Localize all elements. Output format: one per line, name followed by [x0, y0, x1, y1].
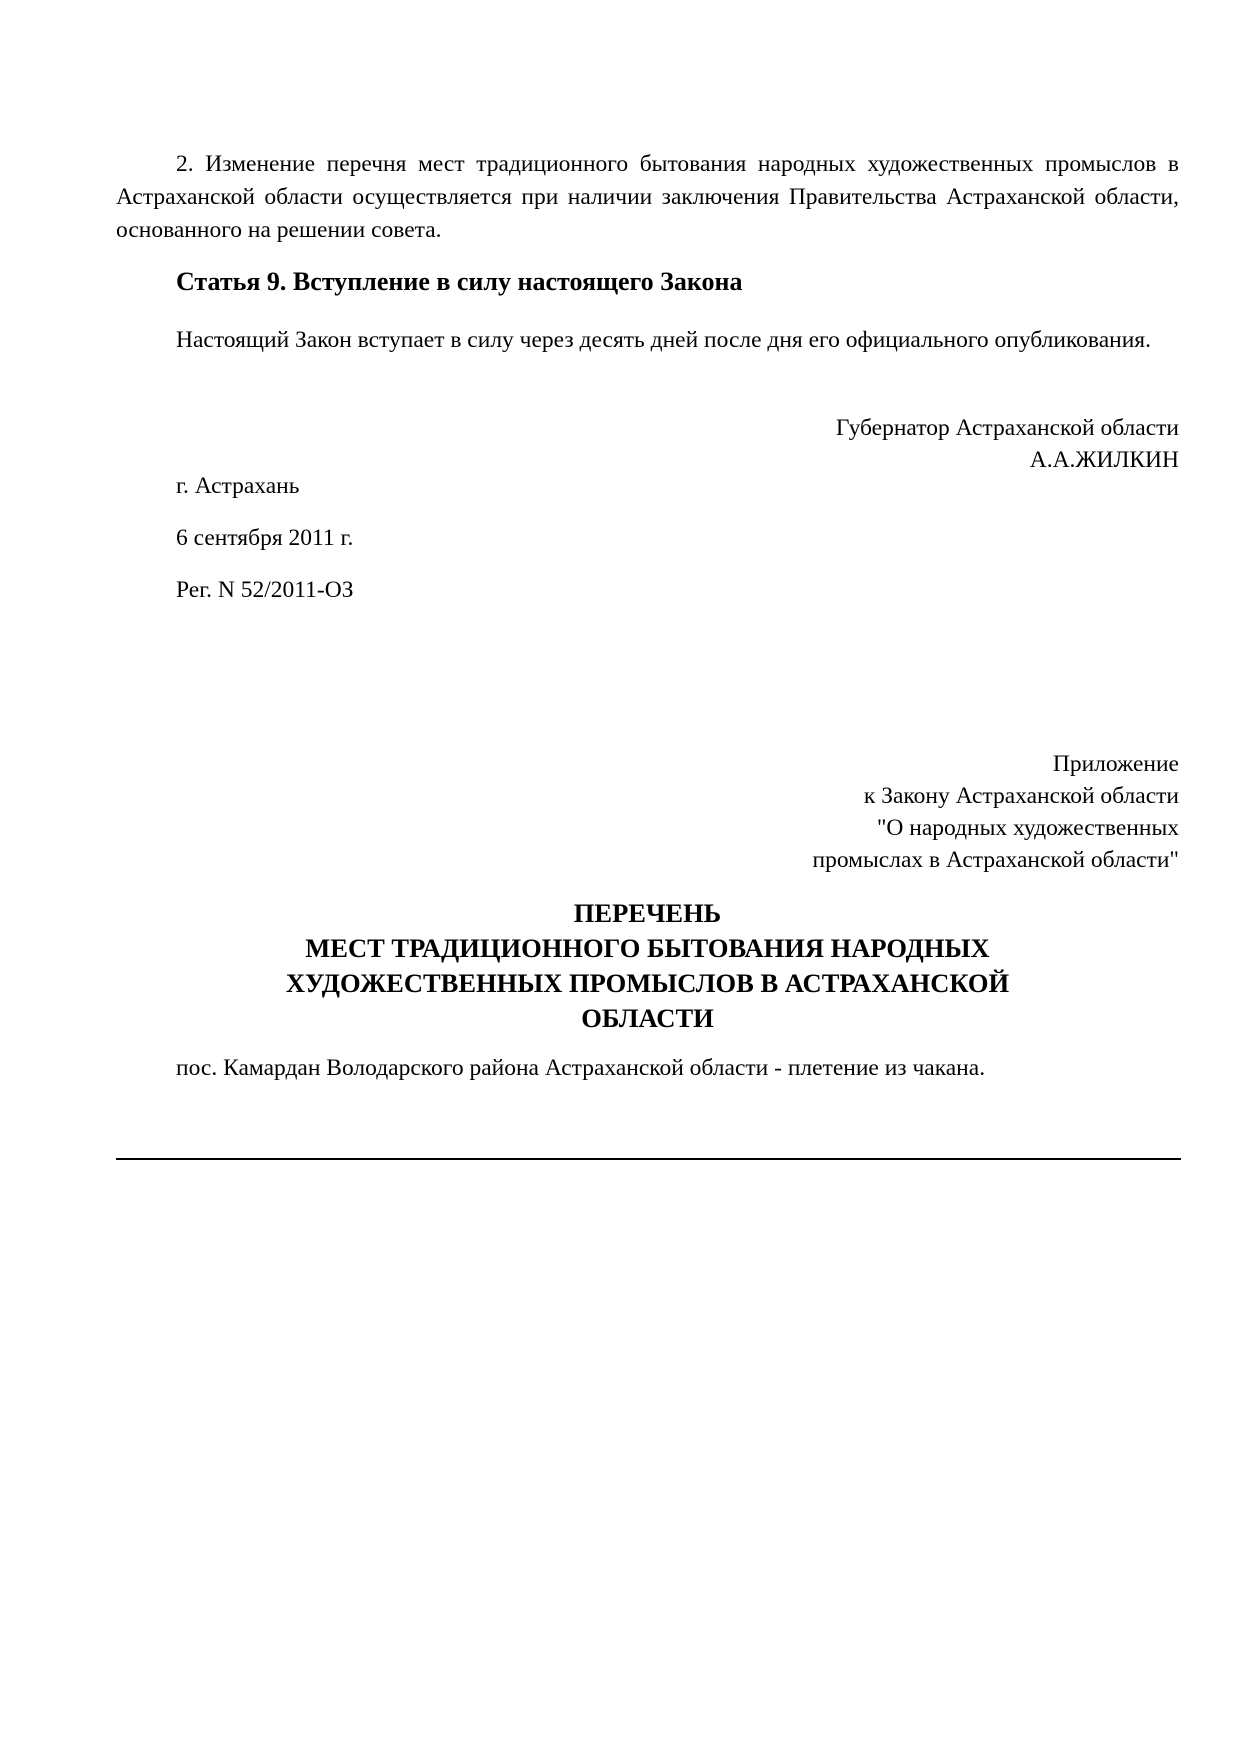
appendix-line: к Закону Астраханской области: [813, 780, 1179, 812]
document-page: 2. Изменение перечня мест традиционного …: [0, 0, 1240, 1754]
appendix-line: промыслах в Астраханской области": [813, 844, 1179, 876]
list-item: пос. Камардан Володарского района Астрах…: [176, 1052, 985, 1084]
appendix-line: Приложение: [813, 748, 1179, 780]
signature-position: Губернатор Астраханской области: [836, 412, 1179, 444]
article-9-heading: Статья 9. Вступление в силу настоящего З…: [176, 264, 743, 300]
place: г. Астрахань: [176, 470, 299, 502]
registration-number: Рег. N 52/2011-ОЗ: [176, 574, 354, 606]
article-9-paragraph: Настоящий Закон вступает в силу через де…: [116, 324, 1179, 357]
signature-name: А.А.ЖИЛКИН: [836, 444, 1179, 476]
horizontal-rule: [116, 1158, 1181, 1160]
list-title-line: ПЕРЕЧЕНЬ: [116, 896, 1179, 931]
appendix-line: "О народных художественных: [813, 812, 1179, 844]
date: 6 сентября 2011 г.: [176, 522, 353, 554]
paragraph-2: 2. Изменение перечня мест традиционного …: [116, 148, 1179, 247]
signature-block: Губернатор Астраханской области А.А.ЖИЛК…: [836, 412, 1179, 476]
list-title-line: ХУДОЖЕСТВЕННЫХ ПРОМЫСЛОВ В АСТРАХАНСКОЙ: [116, 966, 1179, 1001]
paragraph-2-text: 2. Изменение перечня мест традиционного …: [116, 151, 1179, 243]
article-9-text: Настоящий Закон вступает в силу через де…: [176, 327, 1151, 353]
list-title: ПЕРЕЧЕНЬ МЕСТ ТРАДИЦИОННОГО БЫТОВАНИЯ НА…: [116, 896, 1179, 1036]
appendix-block: Приложение к Закону Астраханской области…: [813, 748, 1179, 876]
list-title-line: ОБЛАСТИ: [116, 1001, 1179, 1036]
list-title-line: МЕСТ ТРАДИЦИОННОГО БЫТОВАНИЯ НАРОДНЫХ: [116, 931, 1179, 966]
